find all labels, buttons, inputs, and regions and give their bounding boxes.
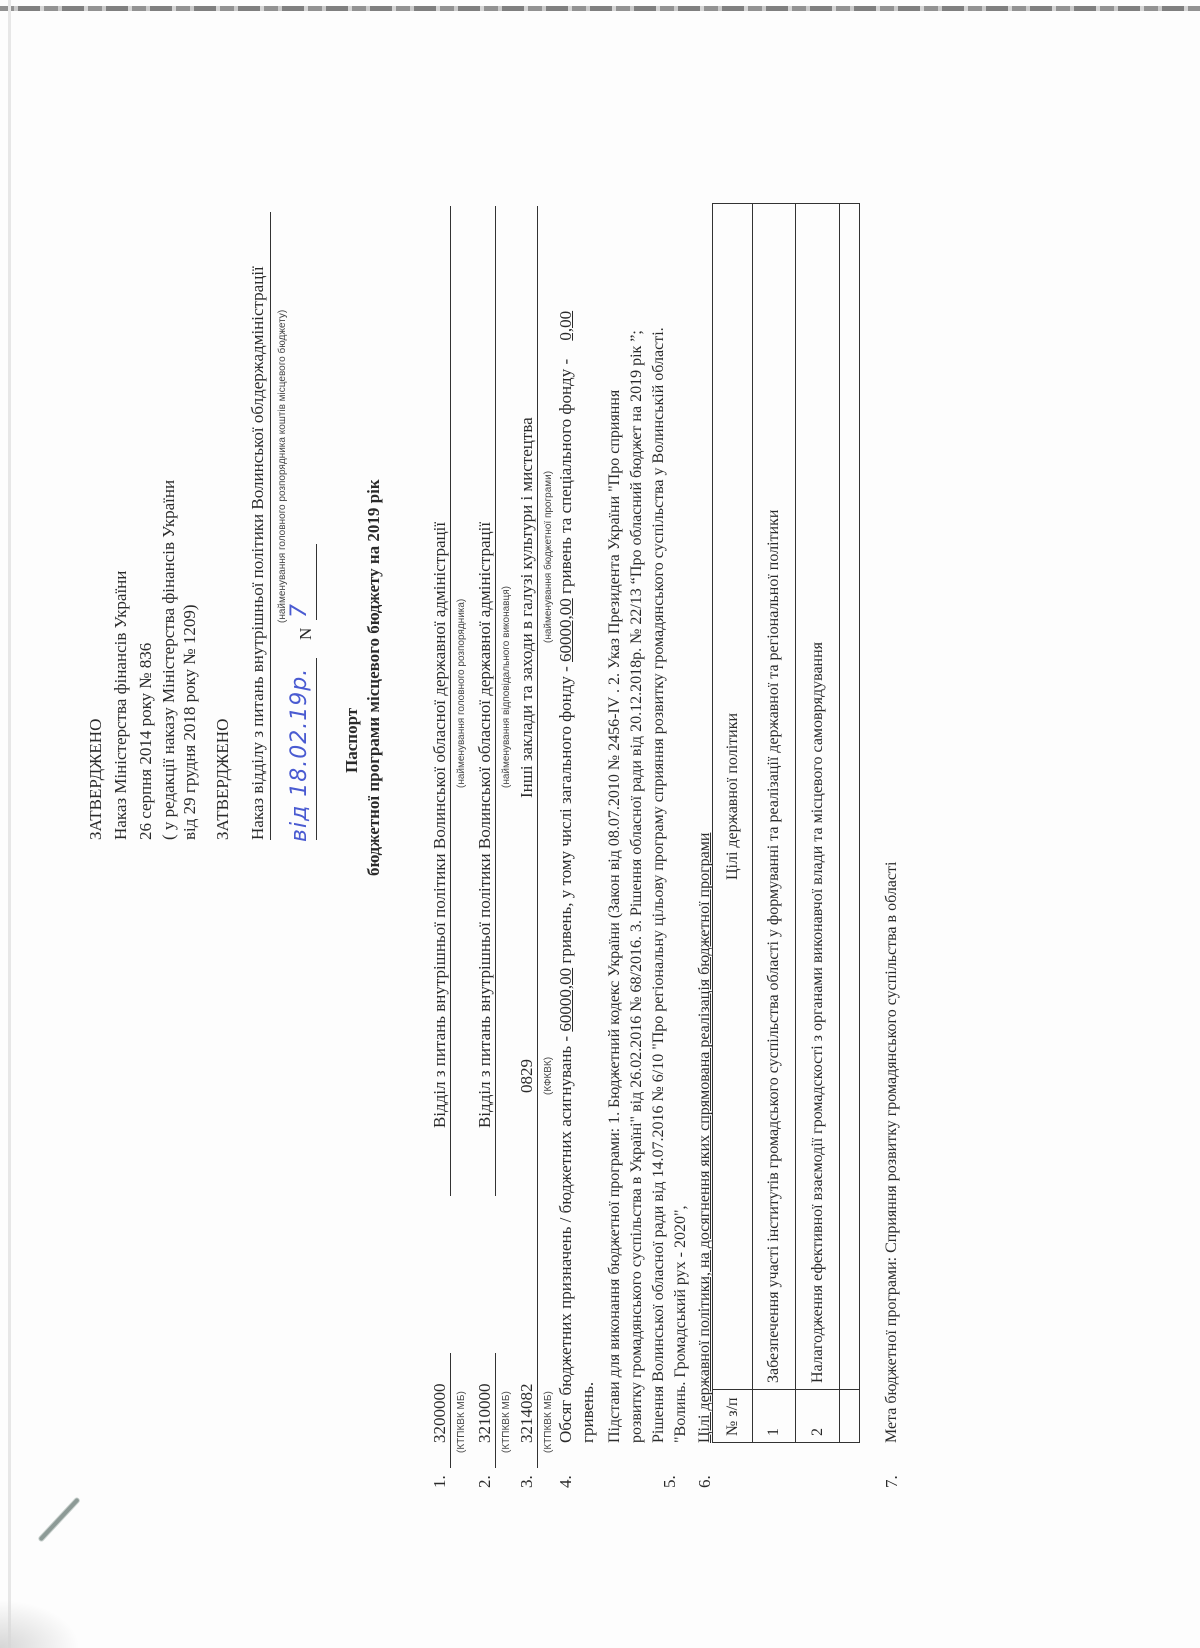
table-cell-goal: Налагодження ефективної взаємодії громад… — [796, 204, 840, 1390]
header-edition: ( у редакції наказу Міністерства фінансі… — [159, 480, 179, 840]
table-row — [840, 204, 860, 1443]
item1-code-caption: (КТПКВК МБ) — [452, 1391, 472, 1453]
special-fund-amount: 0,00 — [556, 297, 575, 355]
table-header-num: № з/п — [713, 1390, 753, 1443]
number-underline — [316, 544, 317, 620]
table-cell-goal: Забезпечення участі інститутів громадськ… — [753, 204, 796, 1390]
item4-number: 4. — [556, 1475, 576, 1488]
item2-code: 3210000 — [475, 1384, 495, 1444]
item7-text: Мета бюджетної програми: Сприяння розвит… — [882, 862, 902, 1443]
item3-kfkvk: 0829 — [517, 1059, 537, 1093]
table-header-goals: Цілі державної політики — [713, 204, 753, 1390]
approved-label: ЗАТВЕРДЖЕНО — [213, 719, 233, 840]
item1-code: 3200000 — [430, 1384, 450, 1444]
item2-code-line — [495, 1353, 496, 1468]
order-underline — [270, 212, 271, 840]
header-order: Наказ Міністерства фінансів України — [111, 571, 131, 840]
header-edition-date: від 29 грудня 2018 року № 1209) — [180, 604, 200, 840]
title-passport: Паспорт — [342, 708, 362, 773]
item2-code-caption: (КТПКВК МБ) — [497, 1391, 517, 1453]
table-header-row: № з/п Цілі державної політики — [713, 204, 753, 1443]
handwritten-date: від 18.02.19р. — [290, 668, 310, 842]
item7-number: 7. — [882, 1475, 902, 1488]
handwritten-number: 7 — [290, 603, 310, 618]
item5-line-4: "Волинь. Громадський рух - 2020", — [671, 1205, 691, 1443]
item5-line-1: Підстави для виконання бюджетної програм… — [605, 390, 625, 1443]
table-cell-goal — [840, 204, 860, 1390]
total-amount: 60000,00 — [556, 968, 575, 1032]
table-row: 2 Налагодження ефективної взаємодії гром… — [796, 204, 840, 1443]
table-row: 1 Забезпечення участі інститутів громадс… — [753, 204, 796, 1443]
item1-name: Відділ з питань внутрішньої політики Вол… — [430, 522, 450, 1128]
item1-name-line — [450, 206, 451, 1196]
item2-name: Відділ з питань внутрішньої політики Вол… — [475, 522, 495, 1128]
approving-order: Наказ відділу з питань внутрішньої політ… — [248, 266, 268, 840]
header-date: 26 серпня 2014 року № 836 — [136, 643, 156, 840]
item1-code-line — [450, 1353, 451, 1468]
item3-code: 3214082 — [517, 1384, 537, 1444]
order-caption: (найменування головного розпорядника кош… — [273, 310, 293, 623]
rotated-document-page: ЗАТВЕРДЖЕНО Наказ Міністерства фінансів … — [0, 0, 1200, 1648]
general-fund-amount: 60000,00 — [556, 598, 575, 662]
item3-line — [537, 206, 538, 1468]
table-cell-num — [840, 1390, 860, 1443]
policy-goals-table: № з/п Цілі державної політики 1 Забезпеч… — [712, 203, 860, 1443]
title-subtitle: бюджетної програми місцевого бюджету на … — [364, 479, 384, 876]
item3-name: Інші заклади та заходи в галузі культури… — [517, 417, 537, 798]
item1-name-caption: (найменування головного розпорядника) — [452, 599, 472, 788]
item3-number: 3. — [517, 1475, 537, 1488]
date-underline — [316, 658, 317, 840]
header-approved: ЗАТВЕРДЖЕНО — [86, 719, 106, 840]
item5-number: 5. — [660, 1475, 680, 1488]
item2-name-line — [495, 206, 496, 1196]
item4-text: Обсяг бюджетних призначень / бюджетних а… — [556, 297, 576, 1443]
number-label: N — [296, 628, 316, 640]
item5-line-2: розвитку громадянського суспільства в Ук… — [627, 330, 647, 1443]
item2-number: 2. — [475, 1475, 495, 1488]
item5-line-3: Рішення Волинської обласної ради від 14.… — [649, 327, 669, 1443]
table-cell-num: 2 — [796, 1390, 840, 1443]
item2-name-caption: (найменування відповідального виконавця) — [497, 586, 517, 788]
table-cell-num: 1 — [753, 1390, 796, 1443]
item4-currency: гривень. — [578, 1382, 598, 1443]
item6-number: 6. — [695, 1475, 715, 1488]
item1-number: 1. — [430, 1475, 450, 1488]
